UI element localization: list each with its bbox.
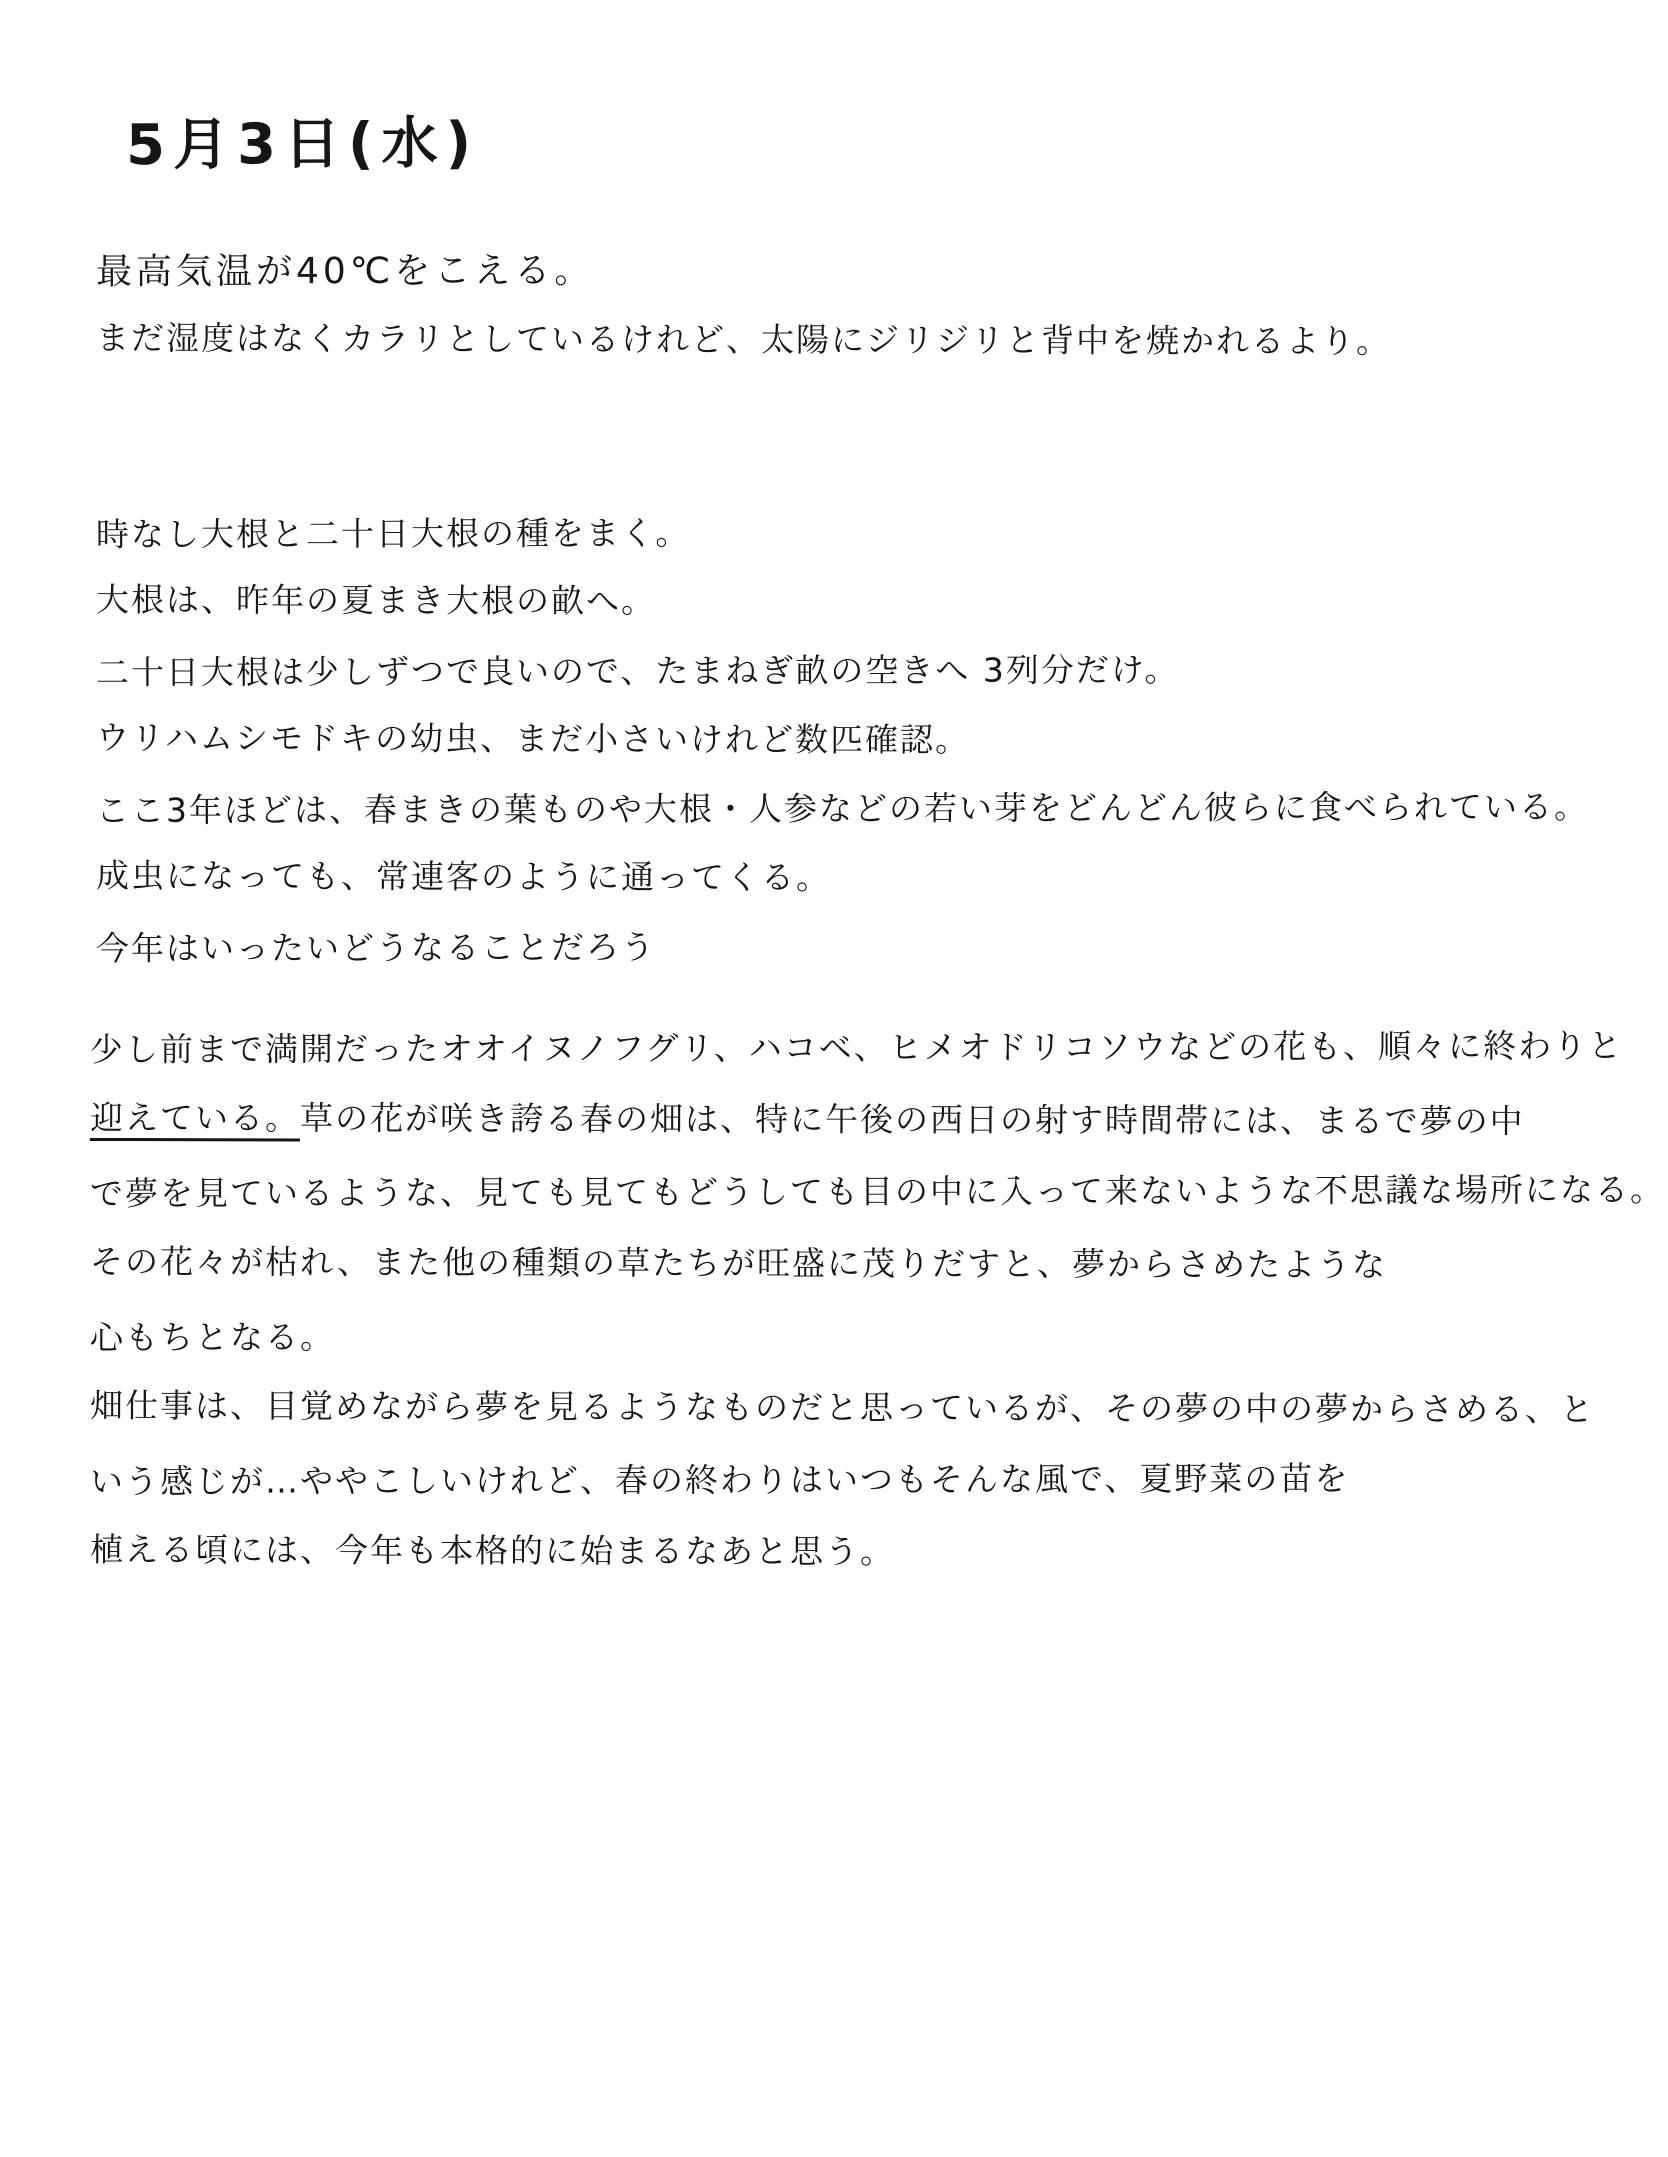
sowing-line-4: ウリハムシモドキの幼虫、まだ小さいけれど数匹確認。 [96,703,1589,776]
underlined-text: 迎えている。 [90,1098,300,1138]
flowers-line-7: いう感じが…ややこしいけれど、春の終わりはいつもそんな風で、夏野菜の苗を [90,1442,1665,1518]
flowers-line-6: 畑仕事は、目覚めながら夢を見るようなものだと思っているが、その夢の中の夢からさめ… [90,1370,1665,1446]
sowing-line-3: 二十日大根は少しずつで良いので、たまねぎ畝の空きへ 3列分だけ。 [96,634,1589,707]
sowing-line-7: 今年はいったいどうなることだろう [96,910,1589,983]
sowing-line-6: 成虫になっても、常連客のように通ってくる。 [96,841,1589,914]
paragraph-flowers: 少し前まで満開だったオオイヌノフグリ、ハコベ、ヒメオドリコソウなどの花も、順々に… [90,1012,1665,1588]
paragraph-weather: 最高気温が40℃をこえる。 まだ湿度はなくカラリとしているけれど、太陽にジリジリ… [96,236,1391,374]
weather-line-temperature: 最高気温が40℃をこえる。 [96,234,1391,306]
paragraph-sowing: 時なし大根と二十日大根の種をまく。 大根は、昨年の夏まき大根の畝へ。 二十日大根… [96,498,1589,981]
flowers-line-4: その花々が枯れ、また他の種類の草たちが旺盛に茂りだすと、夢からさめたような [90,1226,1665,1302]
flowers-line-5: 心もちとなる。 [90,1298,1665,1374]
flowers-line-3: で夢を見ているような、見ても見てもどうしても目の中に入って来ないような不思議な場… [90,1154,1665,1230]
weather-line-humidity: まだ湿度はなくカラリとしているけれど、太陽にジリジリと背中を焼かれるより。 [96,303,1391,375]
diary-date-title: 5月3日(水) [126,99,480,181]
flowers-line-1: 少し前まで満開だったオオイヌノフグリ、ハコベ、ヒメオドリコソウなどの花も、順々に… [90,1010,1665,1086]
diary-page: 5月3日(水) 最高気温が40℃をこえる。 まだ湿度はなくカラリとしているけれど… [0,0,1668,2157]
sowing-line-1: 時なし大根と二十日大根の種をまく。 [96,496,1589,569]
sowing-line-5: ここ3年ほどは、春まきの葉ものや大根・人参などの若い芽をどんどん彼らに食べられて… [96,772,1589,845]
flowers-line-8: 植える頃には、今年も本格的に始まるなあと思う。 [90,1514,1665,1590]
sowing-line-2: 大根は、昨年の夏まき大根の畝へ。 [96,565,1589,638]
flowers-line-2: 迎えている。草の花が咲き誇る春の畑は、特に午後の西日の射す時間帯には、まるで夢の… [90,1082,1665,1158]
flowers-line-2-rest: 草の花が咲き誇る春の畑は、特に午後の西日の射す時間帯には、まるで夢の中 [300,1098,1525,1140]
